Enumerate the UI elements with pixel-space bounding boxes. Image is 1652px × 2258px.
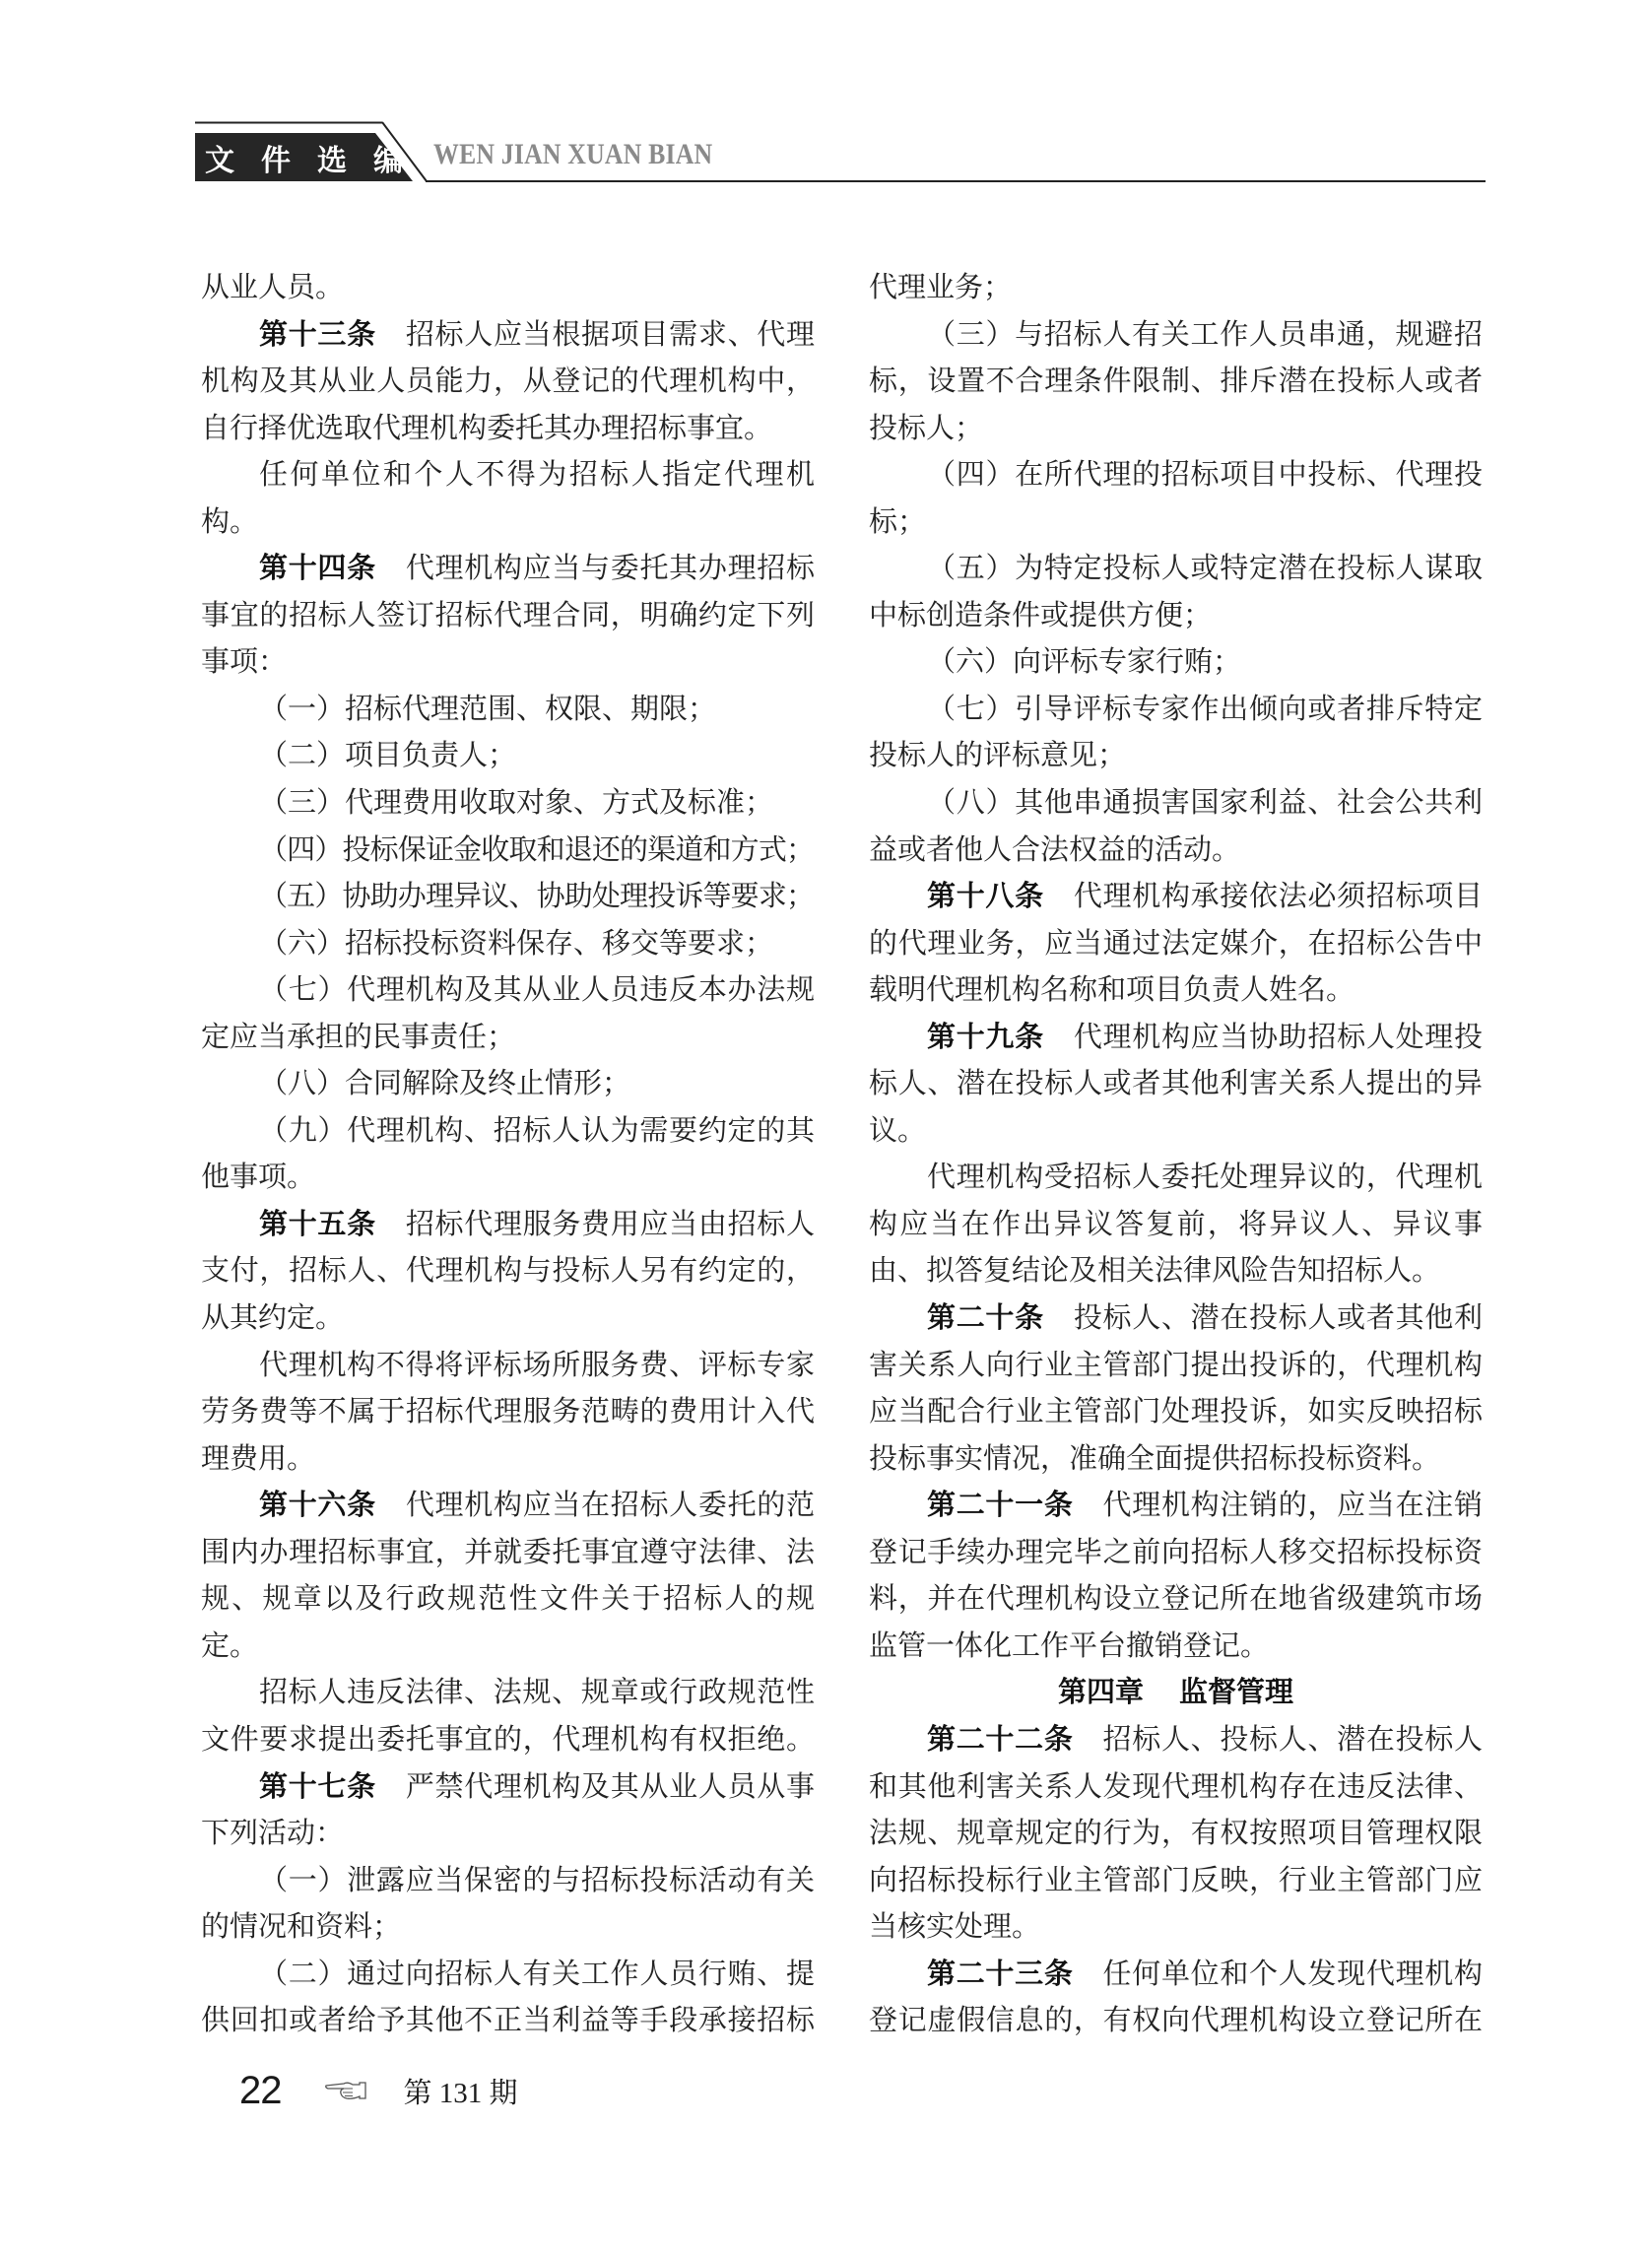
text-line: 供回扣或者给予其他不正当利益等手段承接招标 [201,1997,815,2044]
line-text: （三）代理费用收取对象、方式及标准； [259,785,773,819]
line-text: 代理机构注销的，应当在注销 [1103,1488,1483,1521]
line-text: 代理机构不得将评标场所服务费、评标专家 [259,1348,815,1381]
article-line: 第十四条代理机构应当与委托其办理招标 [201,545,815,592]
text-line: 向招标投标行业主管部门反映，行业主管部门应 [869,1857,1483,1904]
text-line: 代理机构受招标人委托处理异议的，代理机 [869,1154,1483,1201]
line-text: 投标事实情况，准确全面提供招标投标资料。 [869,1441,1440,1475]
line-text: 载明代理机构名称和项目负责人姓名。 [869,972,1355,1006]
line-text: 事项： [201,644,287,678]
line-text: （七）代理机构及其从业人员违反本办法规 [259,972,815,1006]
line-text: 代理机构应当在招标人委托的范 [406,1488,815,1521]
line-text: 严禁代理机构及其从业人员从事 [406,1769,815,1803]
text-line: （二）通过向招标人有关工作人员行贿、提 [201,1951,815,1998]
page-header: 文 件 选 编 WEN JIAN XUAN BIAN [0,0,1652,197]
section-title-char: 选 [315,136,349,179]
text-line: 投标事实情况，准确全面提供招标投标资料。 [869,1435,1483,1483]
article-line: 第十七条严禁代理机构及其从业人员从事 [201,1763,815,1811]
line-text: 料，并在代理机构设立登记所在地省级建筑市场 [869,1581,1483,1615]
section-title-char: 件 [259,136,293,179]
line-text: 代理机构应当与委托其办理招标 [406,551,815,584]
article-line: 第二十一条代理机构注销的，应当在注销 [869,1482,1483,1529]
line-text: （二）项目负责人； [259,738,516,771]
line-text: 中标创造条件或提供方便； [869,598,1212,631]
line-text: 代理机构应当协助招标人处理投 [1074,1020,1483,1053]
page-footer: 22 第 131 期 [239,2069,518,2112]
article-number: 第二十一条 [927,1488,1074,1521]
article-line: 第二十二条招标人、投标人、潜在投标人 [869,1716,1483,1763]
text-line: （六）向评标专家行贿； [869,638,1483,686]
line-text: （四）在所代理的招标项目中投标、代理投 [927,457,1483,491]
line-text: （二）通过向招标人有关工作人员行贿、提 [259,1957,815,1990]
text-line: （四）在所代理的招标项目中投标、代理投 [869,451,1483,498]
line-text: 他事项。 [201,1160,315,1193]
text-line: 代理业务； [869,264,1483,311]
line-text: 构。 [201,504,258,538]
text-line: 理费用。 [201,1435,815,1483]
text-line: 的代理业务，应当通过法定媒介，在招标公告中 [869,920,1483,967]
text-line: （八）合同解除及终止情形； [201,1060,815,1107]
text-line: 文件要求提出委托事宜的，代理机构有权拒绝。 [201,1716,815,1763]
text-line: （九）代理机构、招标人认为需要约定的其 [201,1107,815,1155]
line-text: 事宜的招标人签订招标代理合同，明确约定下列 [201,598,815,631]
line-text: 自行择优选取代理机构委托其办理招标事宜。 [201,411,772,444]
text-line: 围内办理招标事宜，并就委托事宜遵守法律、法 [201,1529,815,1576]
chapter-title: 监督管理 [1179,1675,1293,1708]
line-text: 围内办理招标事宜，并就委托事宜遵守法律、法 [201,1535,815,1568]
line-text: 投标人、潜在投标人或者其他利 [1074,1300,1483,1334]
article-line: 第十五条招标代理服务费用应当由招标人 [201,1201,815,1248]
text-line: （四）投标保证金收取和退还的渠道和方式； [201,827,815,874]
line-text: 代理机构承接依法必须招标项目 [1074,879,1483,912]
text-line: 标人、潜在投标人或者其他利害关系人提出的异 [869,1060,1483,1107]
line-text: 由、拟答复结论及相关法律风险告知招标人。 [869,1253,1440,1287]
line-text: 监管一体化工作平台撤销登记。 [869,1628,1269,1662]
line-text: 登记虚假信息的，有权向代理机构设立登记所在 [869,2003,1483,2036]
section-title-en: WEN JIAN XUAN BIAN [433,138,712,171]
line-text: 文件要求提出委托事宜的，代理机构有权拒绝。 [201,1722,815,1756]
line-text: 招标代理服务费用应当由招标人 [406,1207,815,1240]
line-text: 代理机构受招标人委托处理异议的，代理机 [927,1160,1483,1193]
text-line: 法规、规章规定的行为，有权按照项目管理权限 [869,1810,1483,1857]
line-text: 应当配合行业主管部门处理投诉，如实反映招标 [869,1394,1483,1428]
text-line: （六）招标投标资料保存、移交等要求； [201,920,815,967]
chapter-heading: 第四章监督管理 [869,1669,1483,1716]
line-text: 标，设置不合理条件限制、排斥潜在投标人或者 [869,364,1483,397]
article-line: 第二十条投标人、潜在投标人或者其他利 [869,1295,1483,1342]
line-text: 法规、规章规定的行为，有权按照项目管理权限 [869,1816,1483,1849]
line-text: （六）向评标专家行贿； [927,644,1241,678]
text-line: 任何单位和个人不得为招标人指定代理机 [201,451,815,498]
line-text: 的情况和资料； [201,1909,401,1943]
text-line: （五）为特定投标人或特定潜在投标人谋取 [869,545,1483,592]
line-text: 登记手续办理完毕之前向招标人移交招标投标资 [869,1535,1483,1568]
line-text: 定。 [201,1628,258,1662]
line-text: 标； [869,504,926,538]
line-text: 从其约定。 [201,1300,344,1334]
text-line: （一）招标代理范围、权限、期限； [201,686,815,733]
line-text: （八）合同解除及终止情形； [259,1066,630,1099]
line-text: （九）代理机构、招标人认为需要约定的其 [259,1113,815,1147]
text-line: 由、拟答复结论及相关法律风险告知招标人。 [869,1247,1483,1295]
text-line: 下列活动： [201,1810,815,1857]
article-number: 第十三条 [259,317,376,351]
line-text: 规、规章以及行政规范性文件关于招标人的规 [201,1581,815,1615]
line-text: 机构及其从业人员能力，从登记的代理机构中， [201,364,815,397]
text-line: 自行择优选取代理机构委托其办理招标事宜。 [201,405,815,452]
line-text: 投标人的评标意见； [869,738,1126,771]
line-text: 的代理业务，应当通过法定媒介，在招标公告中 [869,926,1483,960]
text-line: （七）代理机构及其从业人员违反本办法规 [201,966,815,1014]
article-line: 第二十三条任何单位和个人发现代理机构 [869,1951,1483,1998]
text-line: 的情况和资料； [201,1903,815,1951]
line-text: （五）协助办理异议、协助处理投诉等要求； [259,879,814,912]
line-text: 益或者他人合法权益的活动。 [869,832,1240,866]
text-line: 投标人； [869,405,1483,452]
article-line: 第十九条代理机构应当协助招标人处理投 [869,1014,1483,1061]
text-line: 监管一体化工作平台撤销登记。 [869,1623,1483,1670]
left-column: 从业人员。第十三条招标人应当根据项目需求、代理机构及其从业人员能力，从登记的代理… [201,264,815,2044]
article-number: 第二十三条 [927,1957,1074,1990]
line-text: 定应当承担的民事责任； [201,1020,515,1053]
text-line: 构。 [201,498,815,546]
text-line: 应当配合行业主管部门处理投诉，如实反映招标 [869,1388,1483,1435]
text-line: 和其他利害关系人发现代理机构存在违反法律、 [869,1763,1483,1811]
article-number: 第十五条 [259,1207,376,1240]
text-line: 从业人员。 [201,264,815,311]
text-line: 当核实处理。 [869,1903,1483,1951]
text-line: 从其约定。 [201,1295,815,1342]
issue-label: 第 131 期 [404,2071,518,2111]
text-line: 代理机构不得将评标场所服务费、评标专家 [201,1342,815,1389]
text-line: 害关系人向行业主管部门提出投诉的，代理机构 [869,1342,1483,1389]
text-line: （七）引导评标专家作出倾向或者排斥特定 [869,686,1483,733]
article-number: 第十八条 [927,879,1044,912]
right-column: 代理业务；（三）与招标人有关工作人员串通，规避招标，设置不合理条件限制、排斥潜在… [869,264,1483,2044]
text-line: 料，并在代理机构设立登记所在地省级建筑市场 [869,1575,1483,1623]
line-text: （三）与招标人有关工作人员串通，规避招 [927,317,1483,351]
line-text: 供回扣或者给予其他不正当利益等手段承接招标 [201,2003,815,2036]
line-text: 支付，招标人、代理机构与投标人另有约定的， [201,1253,815,1287]
pointing-hand-icon [325,2080,366,2101]
text-line: 中标创造条件或提供方便； [869,592,1483,639]
line-text: 劳务费等不属于招标代理服务范畴的费用计入代 [201,1394,815,1428]
text-line: （八）其他串通损害国家利益、社会公共利 [869,779,1483,827]
line-text: 标人、潜在投标人或者其他利害关系人提出的异 [869,1066,1483,1099]
text-line: 定。 [201,1623,815,1670]
text-line: 事项： [201,638,815,686]
text-line: 益或者他人合法权益的活动。 [869,827,1483,874]
text-line: 投标人的评标意见； [869,732,1483,779]
page-number: 22 [239,2069,282,2113]
article-number: 第十六条 [259,1488,376,1521]
text-line: （二）项目负责人； [201,732,815,779]
text-line: 事宜的招标人签订招标代理合同，明确约定下列 [201,592,815,639]
line-text: 和其他利害关系人发现代理机构存在违反法律、 [869,1769,1483,1803]
line-text: 招标人应当根据项目需求、代理 [406,317,815,351]
article-line: 第十八条代理机构承接依法必须招标项目 [869,873,1483,920]
line-text: 招标人违反法律、法规、规章或行政规范性 [259,1675,815,1708]
text-line: 构应当在作出异议答复前，将异议人、异议事 [869,1201,1483,1248]
text-line: 标； [869,498,1483,546]
line-text: 构应当在作出异议答复前，将异议人、异议事 [869,1207,1483,1240]
text-line: 载明代理机构名称和项目负责人姓名。 [869,966,1483,1014]
text-line: （三）代理费用收取对象、方式及标准； [201,779,815,827]
section-title-cn: 文 件 选 编 [203,136,405,179]
line-text: 议。 [869,1113,926,1147]
text-line: （三）与招标人有关工作人员串通，规避招 [869,311,1483,359]
line-text: 招标人、投标人、潜在投标人 [1103,1722,1483,1756]
text-line: 标，设置不合理条件限制、排斥潜在投标人或者 [869,358,1483,405]
article-number: 第十四条 [259,551,376,584]
text-line: 支付，招标人、代理机构与投标人另有约定的， [201,1247,815,1295]
chapter-number: 第四章 [1058,1675,1144,1708]
line-text: 任何单位和个人不得为招标人指定代理机 [259,457,815,491]
line-text: 代理业务； [869,270,1012,303]
text-line: （一）泄露应当保密的与招标投标活动有关 [201,1857,815,1904]
line-text: （六）招标投标资料保存、移交等要求； [259,926,773,960]
text-line: 劳务费等不属于招标代理服务范畴的费用计入代 [201,1388,815,1435]
line-text: 下列活动： [201,1816,344,1849]
section-title-char: 编 [371,136,405,179]
line-text: 从业人员。 [201,270,344,303]
article-line: 第十六条代理机构应当在招标人委托的范 [201,1482,815,1529]
text-line: 议。 [869,1107,1483,1155]
article-number: 第十七条 [259,1769,376,1803]
line-text: （四）投标保证金收取和退还的渠道和方式； [259,832,814,866]
line-text: 害关系人向行业主管部门提出投诉的，代理机构 [869,1348,1483,1381]
text-line: （五）协助办理异议、协助处理投诉等要求； [201,873,815,920]
line-text: 向招标投标行业主管部门反映，行业主管部门应 [869,1863,1483,1896]
article-number: 第二十条 [927,1300,1044,1334]
text-line: 他事项。 [201,1154,815,1201]
text-line: 定应当承担的民事责任； [201,1014,815,1061]
line-text: 任何单位和个人发现代理机构 [1103,1957,1483,1990]
line-text: （一）招标代理范围、权限、期限； [259,692,716,725]
article-line: 第十三条招标人应当根据项目需求、代理 [201,311,815,359]
article-number: 第二十二条 [927,1722,1074,1756]
line-text: （七）引导评标专家作出倾向或者排斥特定 [927,692,1483,725]
text-line: 招标人违反法律、法规、规章或行政规范性 [201,1669,815,1716]
text-line: 登记虚假信息的，有权向代理机构设立登记所在 [869,1997,1483,2044]
line-text: （五）为特定投标人或特定潜在投标人谋取 [927,551,1483,584]
article-number: 第十九条 [927,1020,1044,1053]
text-line: 机构及其从业人员能力，从登记的代理机构中， [201,358,815,405]
text-line: 规、规章以及行政规范性文件关于招标人的规 [201,1575,815,1623]
text-line: 登记手续办理完毕之前向招标人移交招标投标资 [869,1529,1483,1576]
line-text: 理费用。 [201,1441,315,1475]
line-text: （八）其他串通损害国家利益、社会公共利 [927,785,1483,819]
line-text: 当核实处理。 [869,1909,1040,1943]
line-text: （一）泄露应当保密的与招标投标活动有关 [259,1863,815,1896]
section-title-char: 文 [203,136,236,179]
line-text: 投标人； [869,411,983,444]
